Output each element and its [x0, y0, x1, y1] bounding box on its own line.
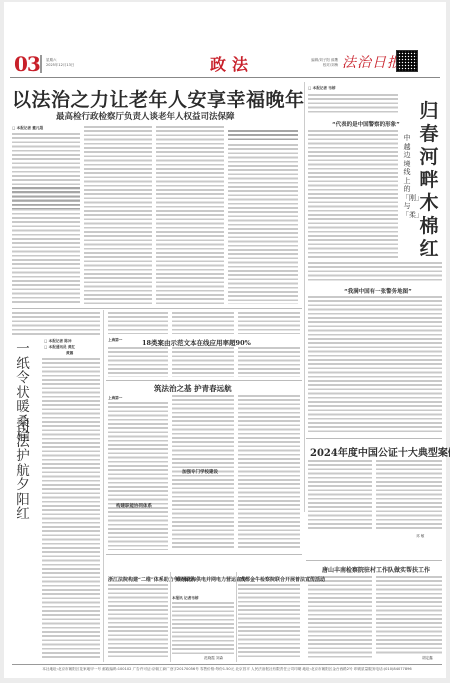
zhejiang-text [108, 584, 168, 658]
notary-text-1 [308, 460, 372, 530]
footer-rule [12, 664, 442, 665]
lead-bold-passage-2 [228, 130, 298, 142]
lead-byline: □ 本报记者 董凡超 [12, 126, 43, 131]
headline-chengdu: 成都金牛检察院联合开展普法宣传活动 [240, 576, 325, 583]
taizhou-byline: 本报讯 记者韦婷 [172, 596, 198, 601]
qr-code-icon[interactable] [396, 50, 418, 72]
section-title: 政法 [210, 52, 254, 75]
mid-text-c [238, 312, 300, 334]
right-text-column-3 [308, 296, 442, 434]
lead-text-column-3 [156, 126, 224, 304]
mid-divider-2 [106, 554, 302, 555]
right-intro-text [308, 94, 398, 114]
lead-bold-passage-1 [12, 187, 80, 209]
lead-text-column-1 [12, 133, 80, 305]
issue-info: 星期六 2025年12月13日 [46, 58, 74, 68]
box1-lead: 上海第一 [108, 338, 122, 343]
left-byline-1: □ 本报记者 陈冲 [44, 339, 71, 344]
notary-text-2 [376, 460, 442, 530]
chengdu-text [238, 584, 300, 658]
tangshan-credit: 胡定鑫 [422, 656, 433, 661]
left-lead-continued [12, 312, 100, 336]
section-divider [12, 308, 302, 309]
headline-tangshan: 唐山丰南检察院驻村工作队做实帮扶工作 [322, 565, 430, 574]
masthead: 03 星期六 2025年12月13日 政法 编辑/刘子阳 薛鹰 校对/刘梅 法治… [10, 52, 440, 78]
lower-divider-1 [170, 572, 171, 662]
editor-info: 编辑/刘子阳 薛鹰 校对/刘梅 [300, 58, 338, 68]
issue-date: 2025年12月13日 [46, 63, 74, 68]
taizhou-text [172, 602, 234, 654]
lead-text-column-4 [228, 144, 298, 304]
right-vertical-subtitle: 中越边境线上的「刚」与「柔」 [402, 134, 412, 219]
lower-divider-2 [236, 572, 237, 662]
lead-text-column-2 [84, 126, 152, 304]
proofreader: 校对/刘梅 [300, 63, 338, 68]
left-byline-3: 黄娜 [66, 351, 73, 356]
column-divider [304, 82, 305, 512]
taizhou-credit: 范晓霞 刘森 [204, 656, 223, 661]
sample-text-3 [238, 347, 300, 377]
headline-sample-text: 18类案由示范文本在线应用率超90% [142, 338, 251, 347]
column-divider-left [103, 310, 104, 662]
paper-logo: 法治日报 [342, 52, 402, 72]
lead-subheadline: 最高检行政检察厅负责人谈老年人权益司法保障 [56, 110, 235, 122]
left-vertical-title-2: 司 法 护 航 夕 阳 红 [16, 420, 30, 522]
newspaper-page: 03 星期六 2025年12月13日 政法 编辑/刘子阳 薛鹰 校对/刘梅 法治… [4, 2, 446, 678]
headline-youth: 筑法治之基 护青春远航 [154, 383, 232, 394]
youth-subhead-b: 加强专门学校建设 [182, 469, 218, 475]
right-byline: □ 本报记者 韦婷 [308, 86, 335, 91]
youth-text-3 [238, 395, 300, 550]
masthead-divider [40, 55, 42, 73]
notary-credit: 邓 敏 [416, 534, 424, 539]
tangshan-text-2 [376, 576, 442, 654]
left-story-text [42, 358, 100, 658]
mid-text-a [108, 312, 168, 334]
sample-text-1 [108, 347, 168, 377]
tangshan-text-1 [308, 576, 372, 660]
footer-imprint: 本社地址:北京市朝阳区花家地甲一号 邮政编码:100102 广告许可证:京朝工商… [12, 667, 442, 672]
right-subhead-2: “我满中国有一张警务地图” [344, 287, 412, 295]
youth-text-1 [108, 402, 168, 550]
left-byline-2: □ 本报通讯员 黄红 [44, 345, 75, 350]
right-divider-2 [306, 560, 442, 561]
right-divider [306, 438, 442, 439]
page-number: 03 [14, 52, 40, 76]
right-subhead-1: “代表的是中国警察的形象” [332, 120, 400, 128]
right-vertical-title: 归 春 河 畔 木 棉 红 [417, 100, 441, 261]
right-text-column-1 [308, 130, 398, 258]
lead-headline: 以法治之力让老年人安享幸福晚年 [12, 85, 302, 112]
right-text-column-2 [308, 262, 442, 282]
sample-text-2 [172, 347, 234, 377]
mid-divider [106, 380, 302, 381]
box2-lead: 上海第一 [108, 396, 122, 401]
youth-subhead-a: 构建职能协同体系 [116, 503, 152, 509]
mid-text-b [172, 312, 234, 334]
headline-notary-cases: 2024年度中国公证十大典型案例揭晓 [310, 444, 450, 459]
